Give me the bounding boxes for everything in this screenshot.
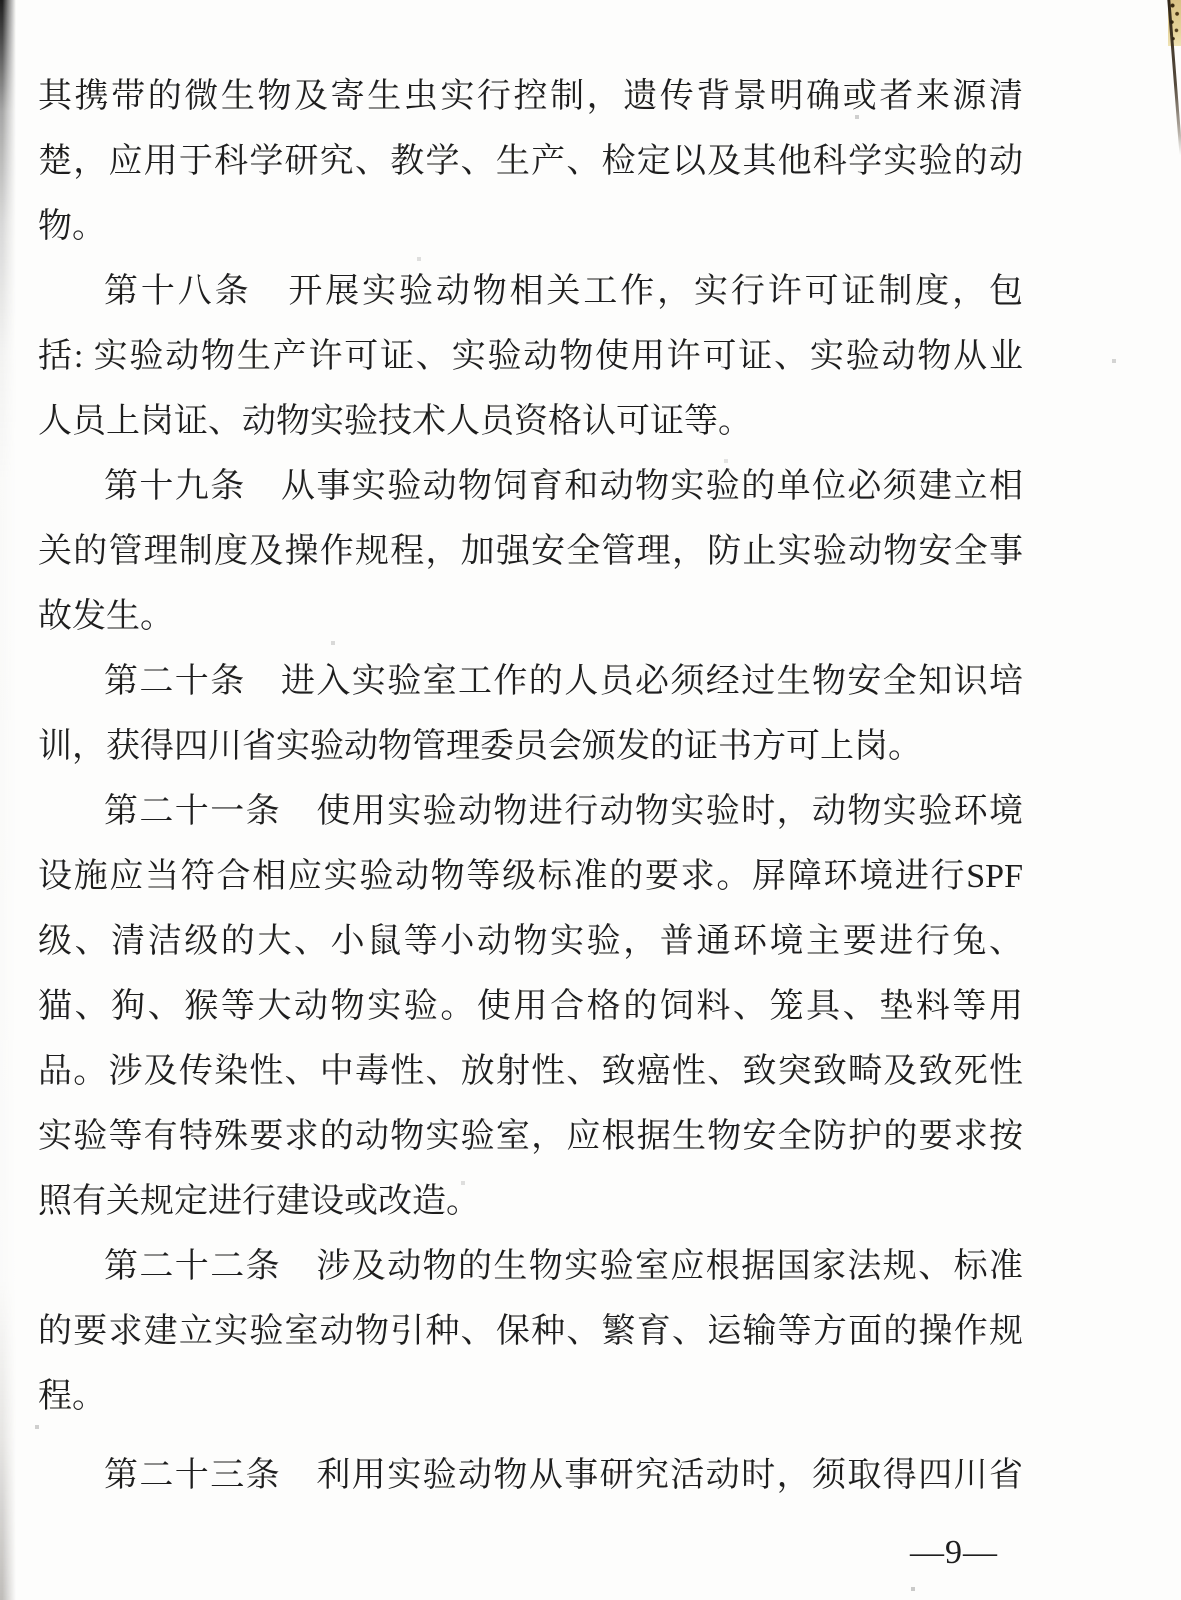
body-line: 猫、狗、猴等大动物实验。使用合格的饲料、笼具、垫料等用	[38, 974, 1023, 1039]
body-line: 人员上岗证、动物实验技术人员资格认可证等。	[38, 389, 1023, 454]
scan-dust-specks	[0, 0, 2, 2]
body-line: 其携带的微生物及寄生虫实行控制，遗传背景明确或者来源清	[38, 64, 1023, 129]
body-line: 的要求建立实验室动物引种、保种、繁育、运输等方面的操作规	[38, 1299, 1023, 1364]
body-line: 关的管理制度及操作规程，加强安全管理，防止实验动物安全事	[38, 519, 1023, 584]
scanned-page: 其携带的微生物及寄生虫实行控制，遗传背景明确或者来源清 楚，应用于科学研究、教学…	[0, 0, 1181, 1600]
body-line: 程。	[38, 1364, 1023, 1429]
article-23-heading-line: 第二十三条 利用实验动物从事研究活动时，须取得四川省	[38, 1443, 1023, 1508]
article-21-heading-line: 第二十一条 使用实验动物进行动物实验时，动物实验环境	[38, 779, 1023, 844]
article-19-heading-line: 第十九条 从事实验动物饲育和动物实验的单位必须建立相	[38, 454, 1023, 519]
body-line: 照有关规定进行建设或改造。	[38, 1169, 1023, 1234]
page-number: —9—	[910, 1534, 998, 1572]
body-line: 物。	[38, 194, 1023, 259]
body-line: 括: 实验动物生产许可证、实验动物使用许可证、实验动物从业	[38, 324, 1023, 389]
article-18-heading-line: 第十八条 开展实验动物相关工作，实行许可证制度，包	[38, 259, 1023, 324]
body-line: 设施应当符合相应实验动物等级标准的要求。屏障环境进行SPF	[38, 844, 1023, 909]
body-line: 故发生。	[38, 584, 1023, 649]
body-line: 品。涉及传染性、中毒性、放射性、致癌性、致突致畸及致死性	[38, 1039, 1023, 1104]
body-line: 训，获得四川省实验动物管理委员会颁发的证书方可上岗。	[38, 714, 1023, 779]
article-20-heading-line: 第二十条 进入实验室工作的人员必须经过生物安全知识培	[38, 649, 1023, 714]
body-line: 楚，应用于科学研究、教学、生产、检定以及其他科学实验的动	[38, 129, 1023, 194]
article-22-heading-line: 第二十二条 涉及动物的生物实验室应根据国家法规、标准	[38, 1234, 1023, 1299]
body-line: 实验等有特殊要求的动物实验室，应根据生物安全防护的要求按	[38, 1104, 1023, 1169]
document-body: 其携带的微生物及寄生虫实行控制，遗传背景明确或者来源清 楚，应用于科学研究、教学…	[38, 0, 1023, 1508]
body-line: 级、清洁级的大、小鼠等小动物实验，普通环境主要进行兔、	[38, 909, 1023, 974]
scan-left-edge-shadow	[0, 0, 16, 1600]
